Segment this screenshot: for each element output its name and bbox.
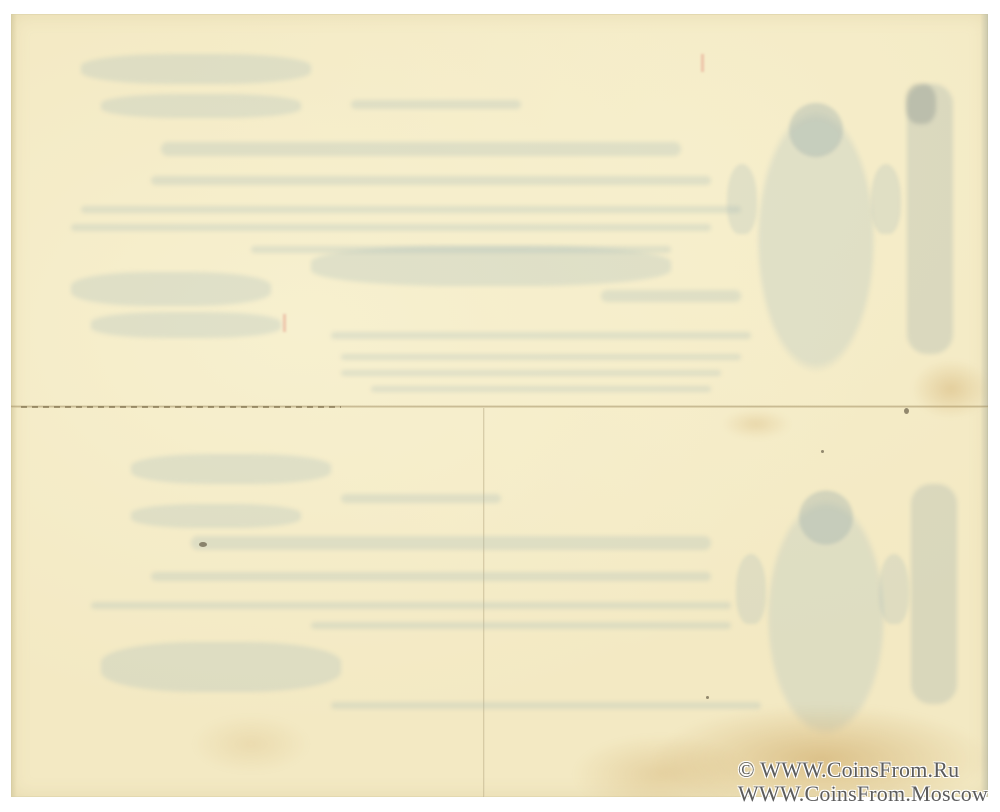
show-through-header-block xyxy=(101,94,301,118)
red-mark xyxy=(701,54,704,72)
dirt-speck xyxy=(904,408,909,414)
paper-sheet xyxy=(11,14,988,797)
show-through-denomination xyxy=(907,84,953,354)
show-through-emblem-icon xyxy=(741,76,891,376)
show-through-emblem-icon xyxy=(751,469,901,739)
show-through-text-line xyxy=(351,100,521,109)
show-through-header-block xyxy=(131,454,331,484)
fold-dirt xyxy=(21,406,341,408)
show-through-header-block xyxy=(131,504,301,528)
show-through-text-line xyxy=(371,386,711,392)
dirt-speck xyxy=(199,542,207,547)
show-through-text-line xyxy=(341,494,501,503)
red-mark xyxy=(283,314,286,332)
age-stain xyxy=(911,359,988,419)
show-through-text-line xyxy=(151,176,711,185)
show-through-signature xyxy=(101,642,341,692)
dirt-speck xyxy=(821,450,824,453)
age-stain xyxy=(721,409,791,439)
show-through-text-line xyxy=(191,536,711,550)
copyright-watermark: © WWW.CoinsFrom.Ru WWW.CoinsFrom.Moscow xyxy=(738,758,988,806)
show-through-signature xyxy=(71,272,271,306)
watermark-line-2: WWW.CoinsFrom.Moscow xyxy=(738,782,988,806)
show-through-text-line xyxy=(91,602,731,609)
show-through-emblem-wing xyxy=(727,164,757,234)
show-through-signature xyxy=(311,246,671,286)
show-through-denomination xyxy=(911,484,957,704)
show-through-dark-patch xyxy=(906,84,936,124)
show-through-text-line xyxy=(331,332,751,339)
show-through-text-line xyxy=(311,622,731,629)
show-through-text-line xyxy=(341,354,741,360)
show-through-text-line xyxy=(341,370,721,376)
show-through-text-line xyxy=(81,206,741,213)
show-through-text-line xyxy=(151,572,711,581)
watermark-line-1: © WWW.CoinsFrom.Ru xyxy=(738,758,988,782)
show-through-emblem-wing xyxy=(736,554,766,624)
show-through-emblem-wing xyxy=(879,554,909,624)
show-through-header-block xyxy=(81,54,311,84)
show-through-emblem-wing xyxy=(871,164,901,234)
show-through-text-line xyxy=(601,290,741,302)
show-through-text-line xyxy=(331,702,761,709)
show-through-text-line xyxy=(161,142,681,156)
show-through-signature xyxy=(91,312,281,338)
dirt-speck xyxy=(706,696,709,699)
show-through-text-line xyxy=(71,224,711,231)
age-stain xyxy=(191,714,311,774)
